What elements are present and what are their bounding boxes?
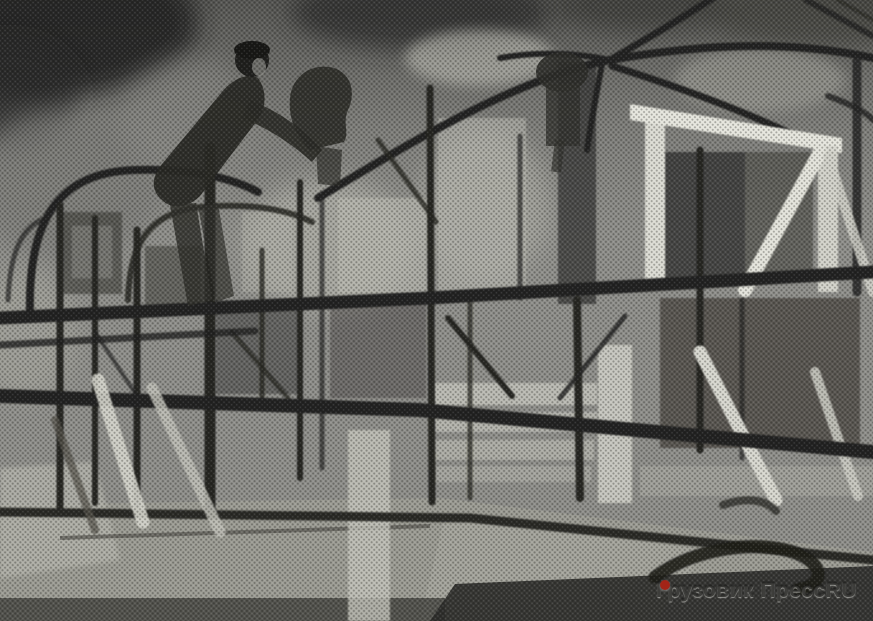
halftone-photo-illustration bbox=[0, 0, 873, 621]
halftone-overlay bbox=[0, 0, 873, 621]
watermark-tld-text: RU bbox=[826, 579, 857, 603]
watermark-site-text: Грузовик Пресс bbox=[656, 579, 826, 603]
photo-canvas: Грузовик Пресс RU bbox=[0, 0, 873, 621]
watermark: Грузовик Пресс RU bbox=[656, 578, 857, 604]
watermark-dot-icon bbox=[660, 580, 670, 590]
